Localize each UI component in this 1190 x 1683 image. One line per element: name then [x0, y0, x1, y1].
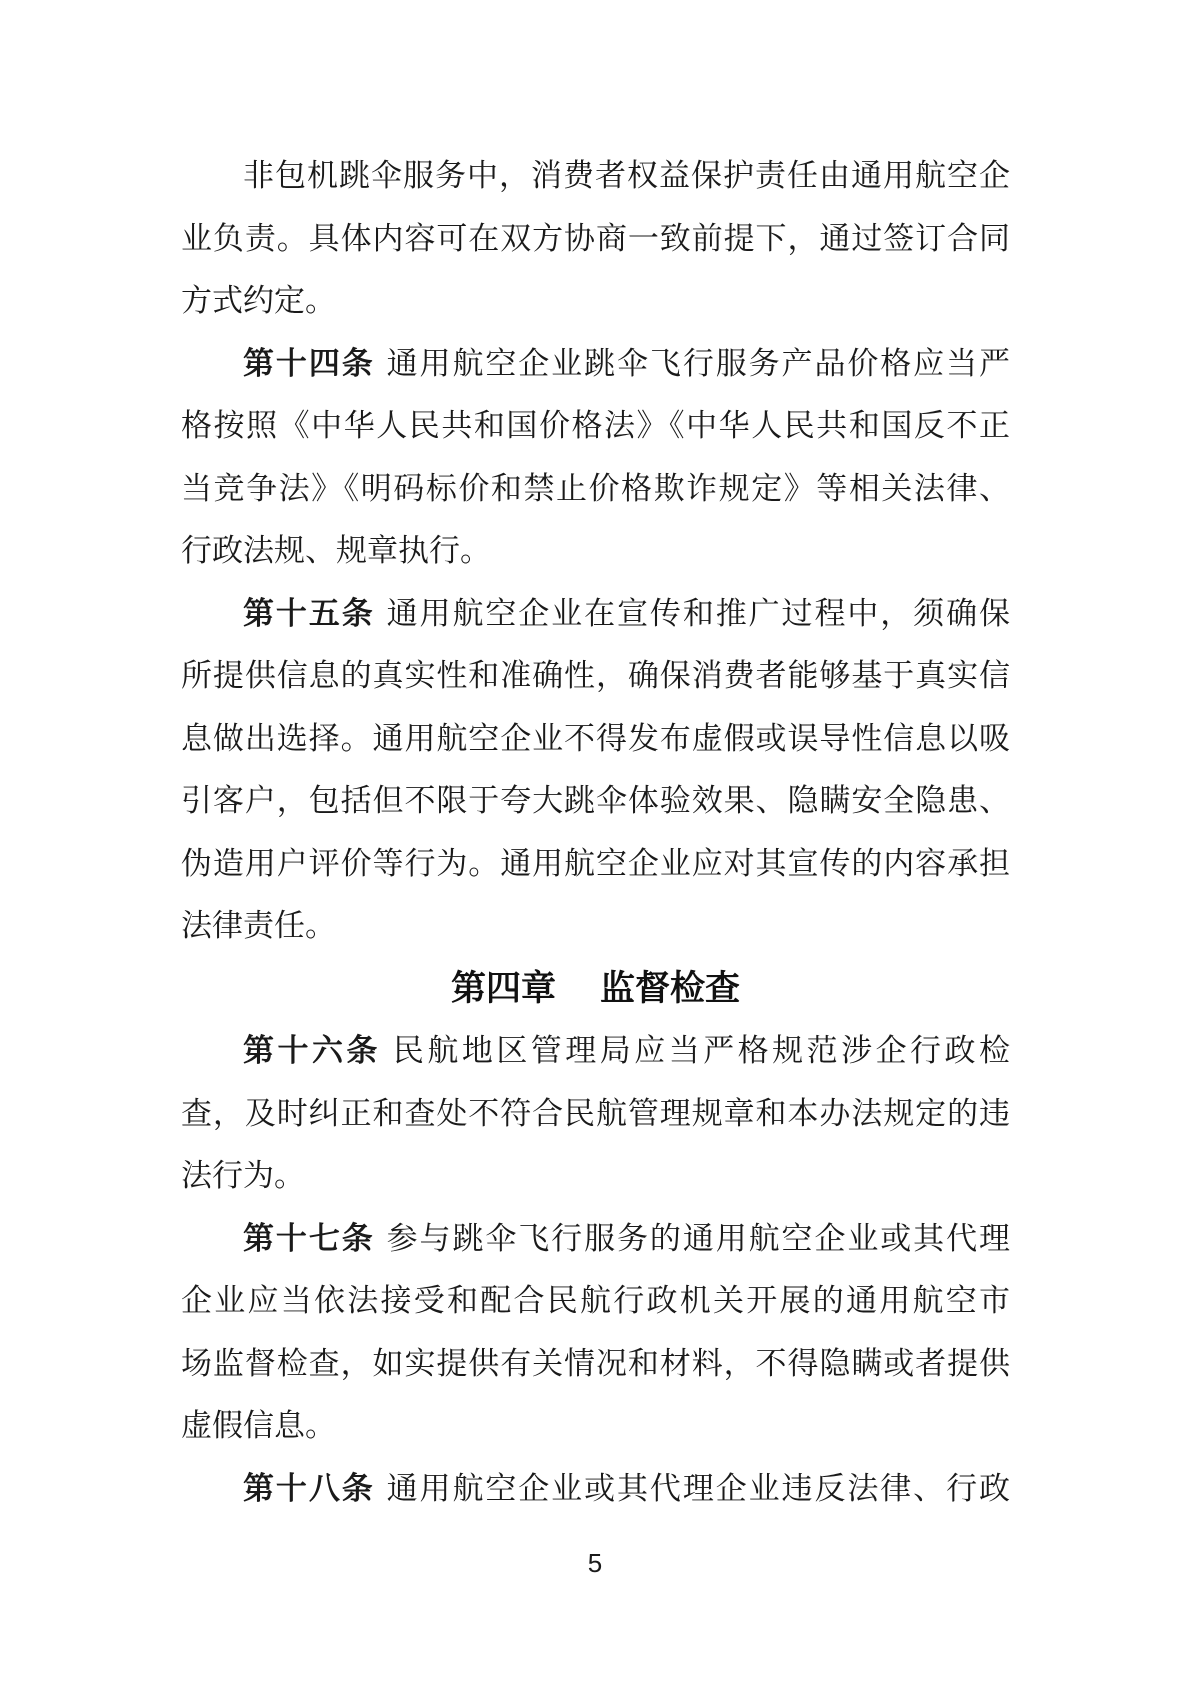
body-line: 法行为。: [181, 1145, 1010, 1208]
body-line: 查，及时纠正和查处不符合民航管理规章和本办法规定的违: [181, 1083, 1010, 1146]
article-number: 第十五条: [243, 596, 375, 631]
body-line: 息做出选择。通用航空企业不得发布虚假或误导性信息以吸: [181, 708, 1010, 771]
body-line-text: 场监督检查，如实提供有关情况和材料，不得隐瞒或者提供: [181, 1346, 1010, 1381]
body-line-text: 方式约定。: [181, 283, 336, 318]
body-line: 第十六条民航地区管理局应当严格规范涉企行政检: [181, 1020, 1010, 1083]
body-line: 第十五条通用航空企业在宣传和推广过程中，须确保: [181, 583, 1010, 646]
body-line: 引客户，包括但不限于夸大跳伞体验效果、隐瞒安全隐患、: [181, 770, 1010, 833]
article-number: 第十四条: [243, 346, 375, 381]
body-line-text: 业负责。具体内容可在双方协商一致前提下，通过签订合同: [181, 221, 1010, 256]
body-line: 法律责任。: [181, 895, 1010, 958]
article-number: 第十八条: [243, 1471, 375, 1506]
body-line-text: 所提供信息的真实性和准确性，确保消费者能够基于真实信: [181, 658, 1010, 693]
body-line-text: 法行为。: [181, 1158, 305, 1193]
body-line-text: 非包机跳伞服务中，消费者权益保护责任由通用航空企: [243, 158, 1010, 193]
body-line: 场监督检查，如实提供有关情况和材料，不得隐瞒或者提供: [181, 1333, 1010, 1396]
body-line-text: 法律责任。: [181, 908, 336, 943]
body-line: 第十四条通用航空企业跳伞飞行服务产品价格应当严: [181, 333, 1010, 396]
body-line: 伪造用户评价等行为。通用航空企业应对其宣传的内容承担: [181, 833, 1010, 896]
document-body: 非包机跳伞服务中，消费者权益保护责任由通用航空企 业负责。具体内容可在双方协商一…: [181, 145, 1010, 1520]
article-number: 第十七条: [243, 1221, 375, 1256]
body-line-text: 当竞争法》《明码标价和禁止价格欺诈规定》等相关法律、: [181, 471, 1010, 506]
body-line: 第十七条参与跳伞飞行服务的通用航空企业或其代理: [181, 1208, 1010, 1271]
body-line: 非包机跳伞服务中，消费者权益保护责任由通用航空企: [181, 145, 1010, 208]
body-line-text: 引客户，包括但不限于夸大跳伞体验效果、隐瞒安全隐患、: [181, 783, 1010, 818]
body-line-text: 查，及时纠正和查处不符合民航管理规章和本办法规定的违: [181, 1096, 1010, 1131]
body-line: 虚假信息。: [181, 1395, 1010, 1458]
document-page: 非包机跳伞服务中，消费者权益保护责任由通用航空企 业负责。具体内容可在双方协商一…: [0, 0, 1190, 1683]
body-line-text: 通用航空企业跳伞飞行服务产品价格应当严: [387, 346, 1010, 381]
body-line: 格按照《中华人民共和国价格法》《中华人民共和国反不正: [181, 395, 1010, 458]
body-line-text: 通用航空企业或其代理企业违反法律、行政: [387, 1471, 1010, 1506]
body-line: 行政法规、规章执行。: [181, 520, 1010, 583]
chapter-title: 监督检查: [600, 969, 740, 1008]
body-line: 第十八条通用航空企业或其代理企业违反法律、行政: [181, 1458, 1010, 1521]
body-line: 业负责。具体内容可在双方协商一致前提下，通过签订合同: [181, 208, 1010, 271]
body-line-text: 行政法规、规章执行。: [181, 533, 491, 568]
chapter-number: 第四章: [451, 969, 556, 1008]
article-number: 第十六条: [243, 1033, 381, 1068]
body-line-text: 参与跳伞飞行服务的通用航空企业或其代理: [387, 1221, 1010, 1256]
body-line: 当竞争法》《明码标价和禁止价格欺诈规定》等相关法律、: [181, 458, 1010, 521]
body-line: 所提供信息的真实性和准确性，确保消费者能够基于真实信: [181, 645, 1010, 708]
body-line-text: 企业应当依法接受和配合民航行政机关开展的通用航空市: [181, 1283, 1010, 1318]
body-line: 企业应当依法接受和配合民航行政机关开展的通用航空市: [181, 1270, 1010, 1333]
body-line-text: 息做出选择。通用航空企业不得发布虚假或误导性信息以吸: [181, 721, 1010, 756]
body-line-text: 民航地区管理局应当严格规范涉企行政检: [393, 1033, 1010, 1068]
body-line-text: 虚假信息。: [181, 1408, 336, 1443]
chapter-heading: 第四章监督检查: [181, 958, 1010, 1021]
body-line-text: 伪造用户评价等行为。通用航空企业应对其宣传的内容承担: [181, 846, 1010, 881]
body-line: 方式约定。: [181, 270, 1010, 333]
body-line-text: 通用航空企业在宣传和推广过程中，须确保: [387, 596, 1010, 631]
page-number: 5: [0, 1548, 1190, 1579]
body-line-text: 格按照《中华人民共和国价格法》《中华人民共和国反不正: [181, 408, 1010, 443]
